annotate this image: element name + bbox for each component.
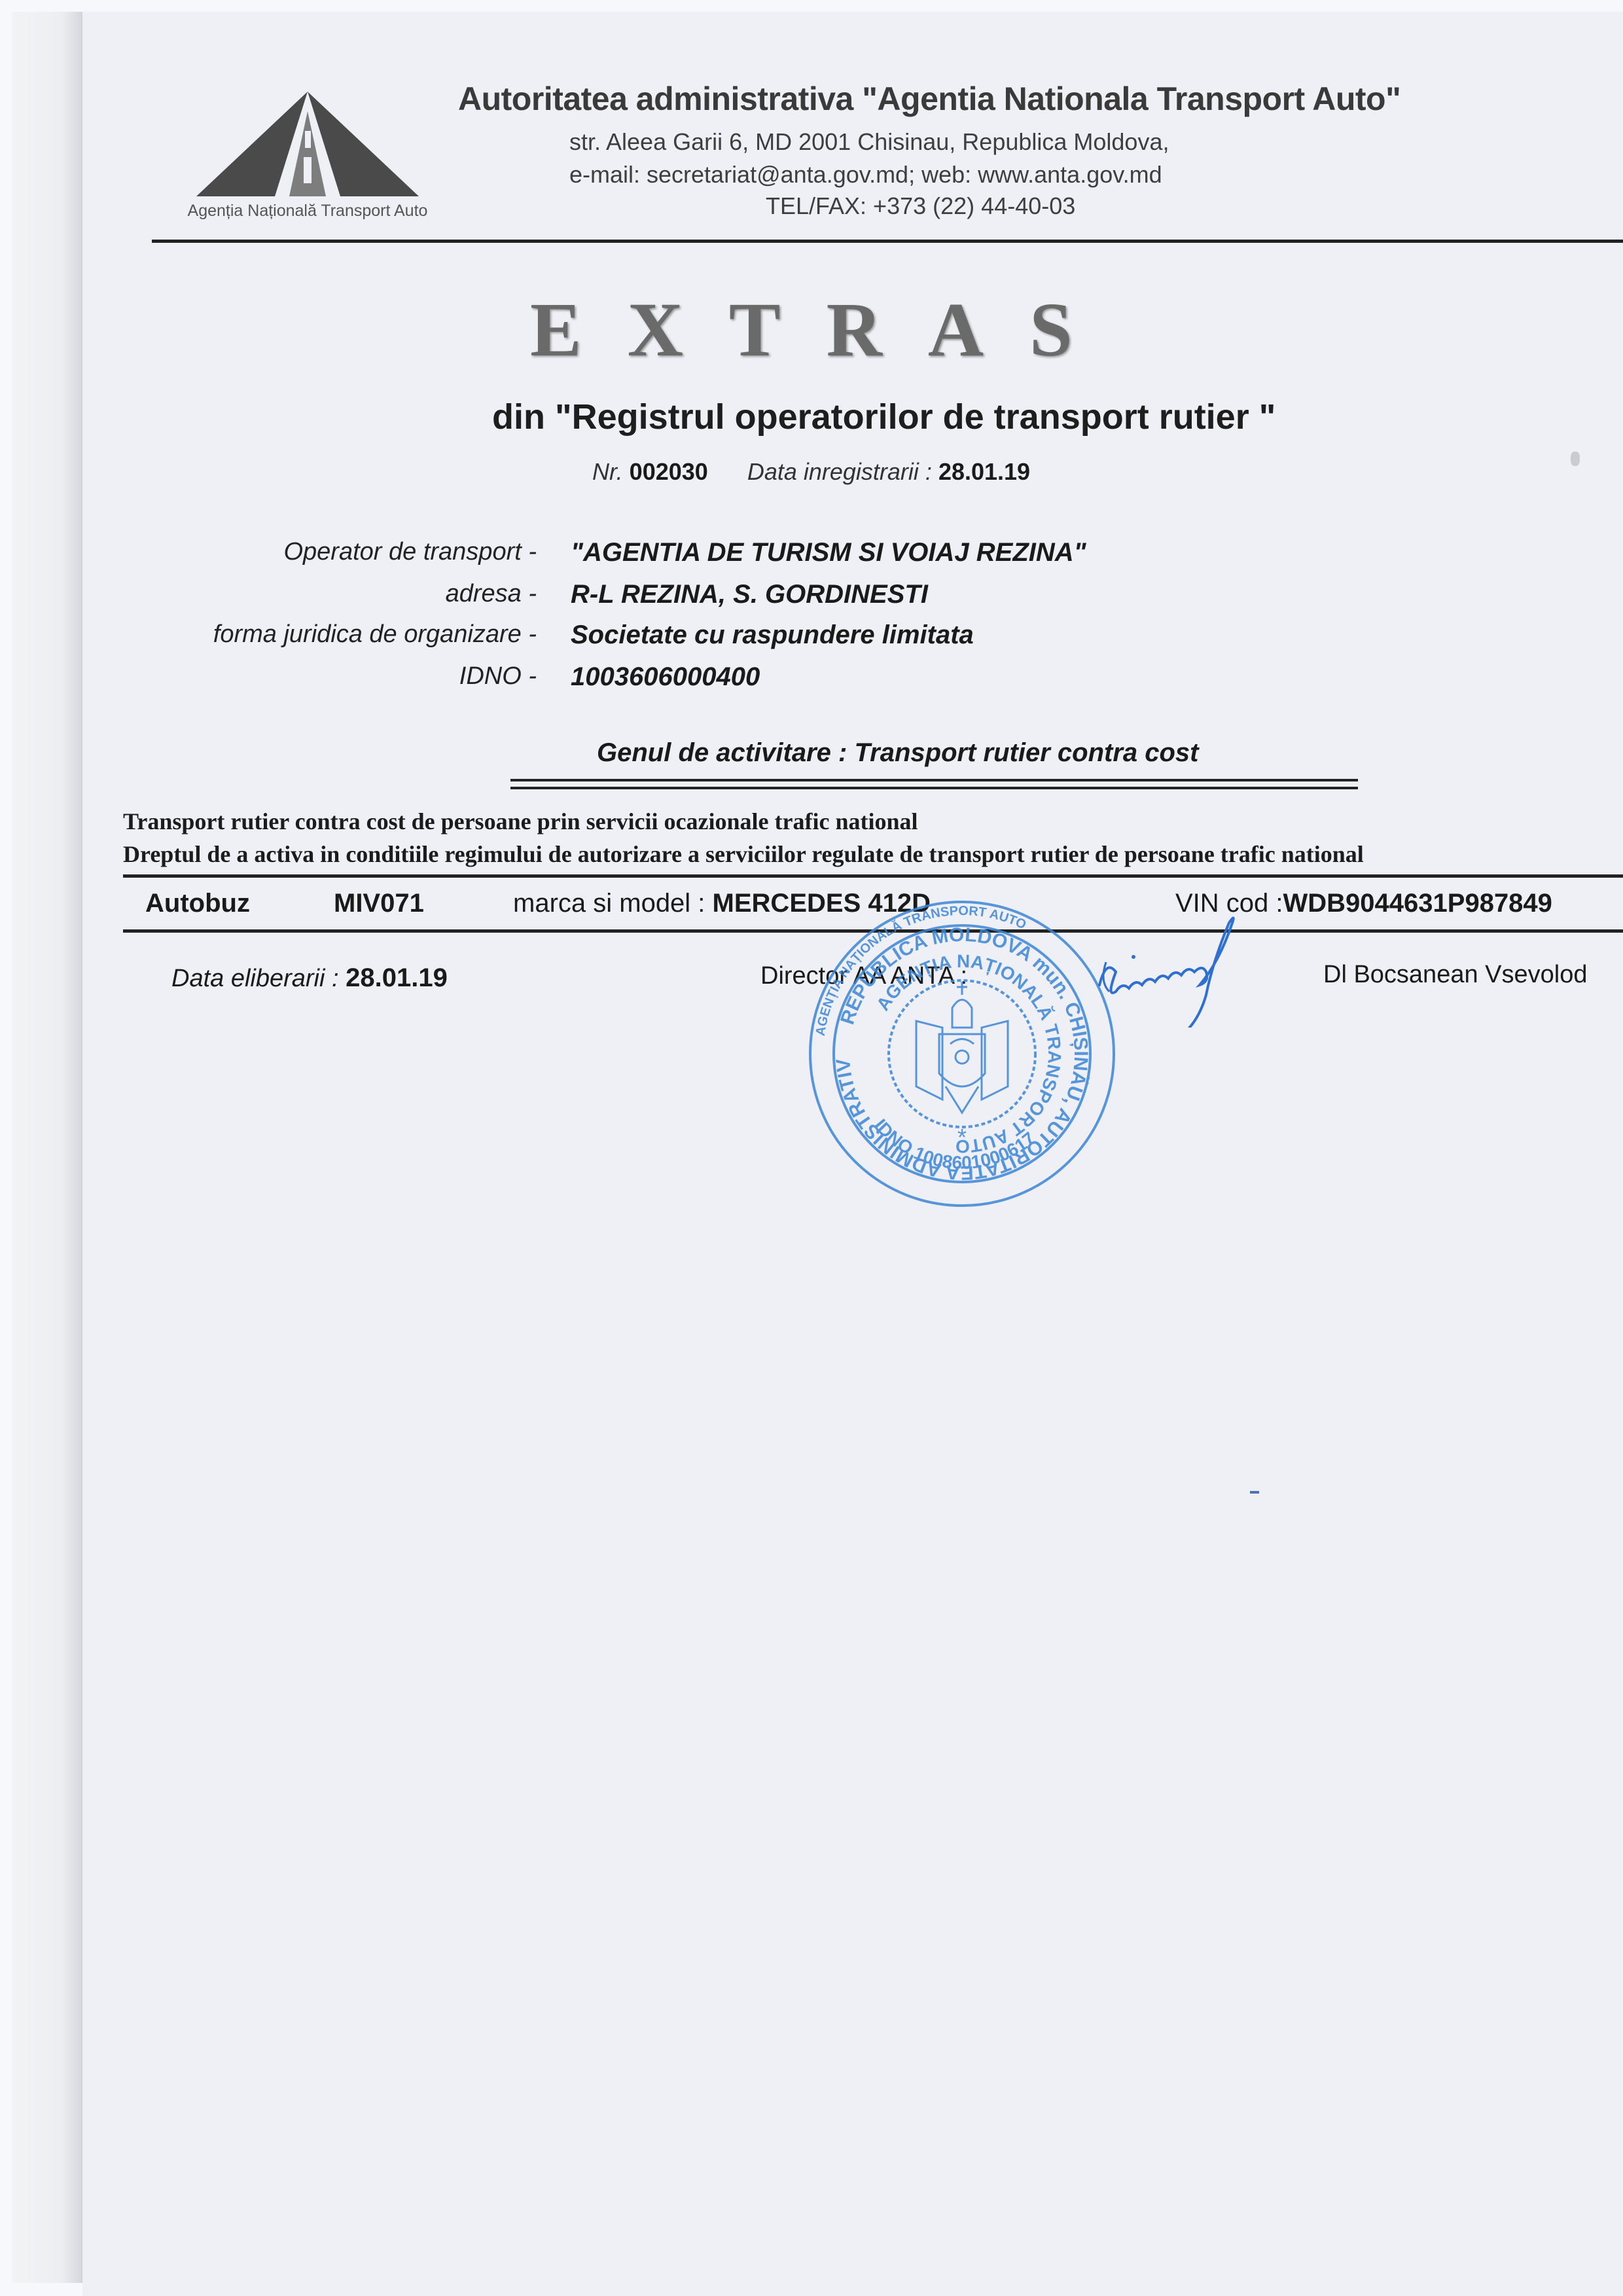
- official-stamp: AGENȚIA NAȚIONALĂ TRANSPORT AUTO REPUBLI…: [805, 897, 1119, 1211]
- document-title: EXTRAS: [530, 285, 1118, 374]
- legal-form-value: Societate cu raspundere limitata: [571, 620, 974, 650]
- organization-name: Autoritatea administrativa "Agentia Nati…: [458, 80, 1400, 118]
- road-triangle-icon: Agenția Națională Transport Auto: [177, 85, 438, 226]
- registration-line: Nr. 002030 Data inregistrarii : 28.01.19: [592, 458, 1030, 486]
- operator-label: Operator de transport -: [283, 538, 537, 566]
- ink-speck: [1250, 1491, 1259, 1494]
- header-divider: [152, 240, 1623, 243]
- activity-divider-bottom: [510, 787, 1358, 789]
- service-item: Transport rutier contra cost de persoane…: [123, 808, 918, 835]
- activity-type: Genul de activitare : Transport rutier c…: [597, 738, 1199, 768]
- reg-date-value: 28.01.19: [938, 458, 1030, 485]
- vehicle-vin: VIN cod :WDB9044631P987849: [1175, 889, 1552, 918]
- idno-value: 1003606000400: [571, 662, 760, 692]
- signature-icon: [1086, 916, 1289, 1028]
- activity-divider-top: [510, 779, 1358, 781]
- organization-telfax: TEL/FAX: +373 (22) 44-40-03: [766, 192, 1075, 220]
- anta-logo: Agenția Națională Transport Auto: [177, 85, 438, 226]
- document-subtitle: din "Registrul operatorilor de transport…: [492, 397, 1275, 437]
- vehicle-plate: MIV071: [334, 889, 424, 918]
- operator-value: "AGENTIA DE TURISM SI VOIAJ REZINA": [571, 538, 1086, 567]
- vehicle-type: Autobuz: [145, 889, 250, 918]
- nr-label: Nr.: [592, 458, 623, 485]
- legal-form-label: forma juridica de organizare -: [213, 620, 537, 649]
- director-signature: [1086, 916, 1289, 1028]
- idno-label: IDNO -: [459, 662, 537, 691]
- svg-text:*: *: [957, 1124, 967, 1151]
- organization-contact: e-mail: secretariat@anta.gov.md; web: ww…: [569, 161, 1162, 188]
- service-item: Dreptul de a activa in conditiile regimu…: [123, 840, 1364, 868]
- organization-address: str. Aleea Garii 6, MD 2001 Chisinau, Re…: [569, 128, 1169, 156]
- svg-text:Agenția Națională Transport Au: Agenția Națională Transport Auto: [188, 202, 428, 220]
- services-divider: [123, 874, 1623, 878]
- stamp-seal-icon: AGENȚIA NAȚIONALĂ TRANSPORT AUTO REPUBLI…: [805, 897, 1119, 1211]
- address-label: adresa -: [446, 580, 537, 608]
- issue-date: Data eliberarii : 28.01.19: [171, 963, 448, 993]
- coat-of-arms-icon: [916, 982, 1008, 1113]
- issue-date-value: 28.01.19: [346, 963, 448, 992]
- director-name: Dl Bocsanean Vsevolod: [1323, 961, 1587, 989]
- issue-date-label: Data eliberarii :: [171, 965, 339, 992]
- address-value: R-L REZINA, S. GORDINESTI: [571, 580, 928, 609]
- nr-value: 002030: [630, 458, 708, 485]
- scan-edge: [12, 12, 82, 2283]
- vin-value: WDB9044631P987849: [1283, 889, 1552, 918]
- model-label: marca si model :: [513, 889, 705, 918]
- scan-speck: [1571, 452, 1580, 466]
- vin-label: VIN cod :: [1175, 889, 1283, 918]
- reg-date-label: Data inregistrarii :: [747, 458, 932, 485]
